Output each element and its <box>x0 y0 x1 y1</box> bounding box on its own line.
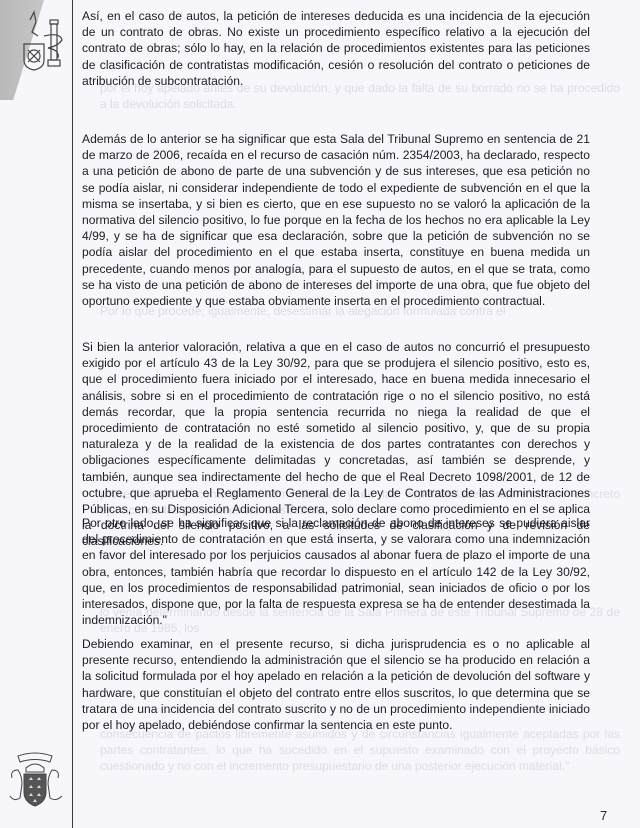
paragraph: Así, en el caso de autos, la petición de… <box>82 8 590 89</box>
paragraph: Por otro lado, se ha significar, que si … <box>82 515 590 628</box>
page-number: 7 <box>600 808 607 823</box>
spain-coat-of-arms-icon <box>18 6 66 72</box>
paragraph: Además de lo anterior se ha significar q… <box>82 131 590 309</box>
canarias-coat-of-arms-icon <box>4 748 66 810</box>
margin-line <box>72 0 73 828</box>
paragraph: Debiendo examinar, en el presente recurs… <box>82 636 590 733</box>
